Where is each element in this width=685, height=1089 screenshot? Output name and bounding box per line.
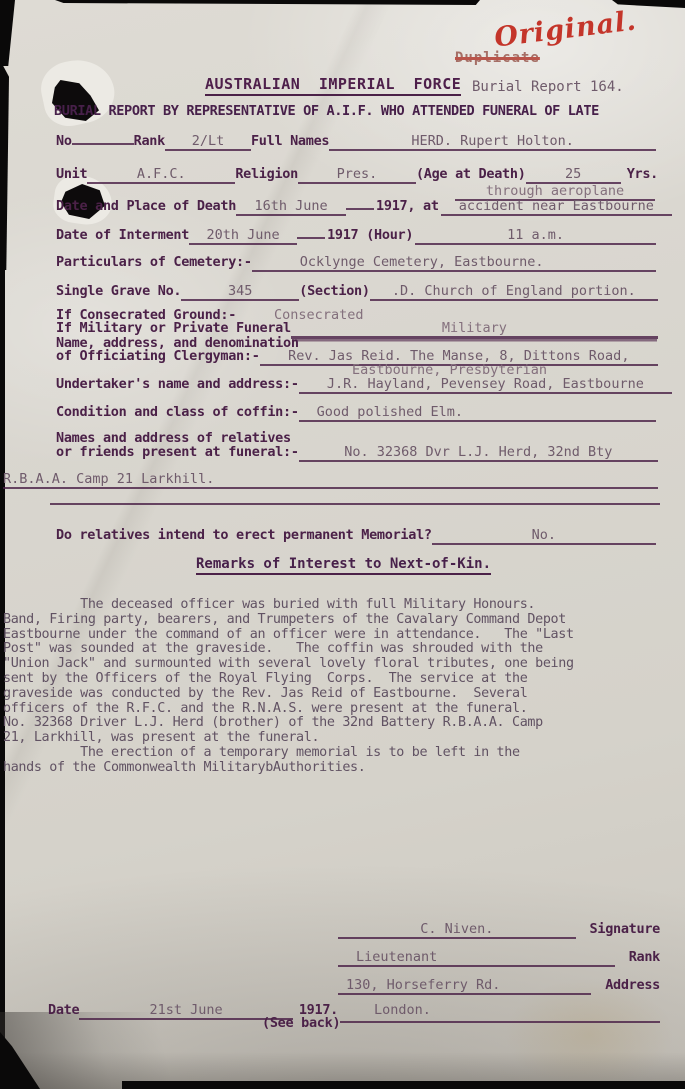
- military-field: Military: [291, 321, 658, 339]
- religion-label: Religion: [235, 167, 298, 182]
- row-interment: Date of Interment20th June1917 (Hour)11 …: [56, 228, 656, 245]
- interment-hour-field: 11 a.m.: [415, 228, 656, 245]
- relatives-label-line2: or friends present at funeral:-: [56, 445, 299, 460]
- row-death: Date and Place of Death16th June1917, at…: [56, 199, 672, 216]
- org-title: AUSTRALIAN IMPERIAL FORCE: [205, 75, 461, 96]
- age-field: 25: [526, 167, 621, 184]
- interment-date-field: 20th June: [189, 228, 297, 245]
- age-label: (Age at Death): [416, 167, 526, 182]
- row-relatives: or friends present at funeral:-No. 32368…: [56, 445, 658, 462]
- full-names-label: Full Names: [251, 134, 329, 149]
- coffin-field: Good polished Elm.: [299, 405, 656, 422]
- military-label: If Military or Private Funeral: [56, 321, 291, 336]
- date-field: 21st June: [79, 1003, 293, 1020]
- row-grave: Single Grave No.345(Section).D. Church o…: [56, 284, 658, 301]
- unit-field: A.F.C.: [87, 167, 235, 184]
- full-names-field: HERD. Rupert Holton.: [329, 134, 656, 151]
- remarks-heading: Remarks of Interest to Next-of-Kin.: [196, 556, 491, 575]
- relatives-field: No. 32368 Dvr L.J. Herd, 32nd Bty: [299, 445, 658, 462]
- interment-label: Date of Interment: [56, 228, 189, 243]
- scanned-document: Original. Duplicate AUSTRALIAN IMPERIAL …: [0, 0, 685, 1089]
- unit-label: Unit: [56, 167, 87, 182]
- interment-hour-label: 1917 (Hour): [327, 228, 413, 243]
- see-back-note: (See back): [262, 1016, 340, 1031]
- form-title: AUSTRALIAN IMPERIAL FORCE: [205, 77, 461, 93]
- row-address-sig: 130, Horseferry Rd.Address: [338, 978, 660, 995]
- address-sig-label: Address: [605, 978, 660, 993]
- death-year-label: 1917, at: [376, 199, 439, 214]
- death-date-field: 16th June: [236, 199, 346, 216]
- death-label: Date and Place of Death: [56, 199, 236, 214]
- row-relatives-cont: R.B.A.A. Camp 21 Larkhill.: [3, 472, 658, 489]
- no-label: No: [56, 134, 72, 149]
- duplicate-struck-text: Duplicate: [455, 50, 540, 66]
- grave-label: Single Grave No.: [56, 284, 181, 299]
- row-name: NoRank2/LtFull NamesHERD. Rupert Holton.: [56, 134, 656, 151]
- blank-rule: [50, 503, 660, 505]
- grave-field: 345: [181, 284, 299, 301]
- rank-sig-field: Lieutenant: [338, 950, 615, 967]
- undertaker-label: Undertaker's name and address:-: [56, 377, 299, 392]
- interment-blank: [297, 237, 325, 239]
- death-blank: [346, 208, 374, 210]
- date-label: Date: [48, 1003, 79, 1018]
- memorial-label: Do relatives intend to erect permanent M…: [56, 528, 432, 543]
- row-cemetery: Particulars of Cemetery:-Ocklynge Cemete…: [56, 255, 656, 272]
- undertaker-field: J.R. Hayland, Pevensey Road, Eastbourne: [299, 377, 672, 394]
- coffin-label: Condition and class of coffin:-: [56, 405, 299, 420]
- row-undertaker: Undertaker's name and address:-J.R. Hayl…: [56, 377, 672, 394]
- no-field: [72, 143, 134, 145]
- rank-field: 2/Lt: [165, 134, 251, 151]
- rank-label: Rank: [134, 134, 165, 149]
- section-field: .D. Church of England portion.: [370, 284, 658, 301]
- row-signature: C. Niven.Signature: [338, 922, 660, 939]
- religion-field: Pres.: [298, 167, 416, 184]
- row-unit: UnitA.F.C.ReligionPres.(Age at Death)25Y…: [56, 167, 658, 184]
- rank-sig-label: Rank: [629, 950, 660, 965]
- relatives-field-line2: R.B.A.A. Camp 21 Larkhill.: [3, 472, 658, 489]
- clergy-label-line2: of Officiating Clergyman:-: [56, 349, 260, 364]
- row-memorial: Do relatives intend to erect permanent M…: [56, 528, 656, 545]
- row-rank-sig: LieutenantRank: [338, 950, 660, 967]
- row-coffin: Condition and class of coffin:-Good poli…: [56, 405, 656, 422]
- death-place-field: accident near Eastbourne: [441, 199, 672, 216]
- section-label: (Section): [299, 284, 369, 299]
- memorial-field: No.: [432, 528, 656, 545]
- address-sig-field: 130, Horseferry Rd.: [338, 978, 591, 995]
- report-number: Burial Report 164.: [472, 80, 624, 95]
- signature-label: Signature: [590, 922, 660, 937]
- city-field: London.: [374, 1003, 431, 1018]
- signature-field: C. Niven.: [338, 922, 576, 939]
- remarks-body: The deceased officer was buried with ful…: [3, 598, 675, 776]
- age-unit-label: Yrs.: [627, 167, 658, 182]
- cemetery-field: Ocklynge Cemetery, Eastbourne.: [252, 255, 656, 272]
- remarks-heading-wrap: Remarks of Interest to Next-of-Kin.: [196, 557, 491, 572]
- city-rule: [340, 1021, 660, 1023]
- cemetery-label: Particulars of Cemetery:-: [56, 255, 252, 270]
- form-subtitle: BURIAL REPORT BY REPRESENTATIVE OF A.I.F…: [54, 104, 599, 119]
- scan-edge: [122, 1081, 685, 1089]
